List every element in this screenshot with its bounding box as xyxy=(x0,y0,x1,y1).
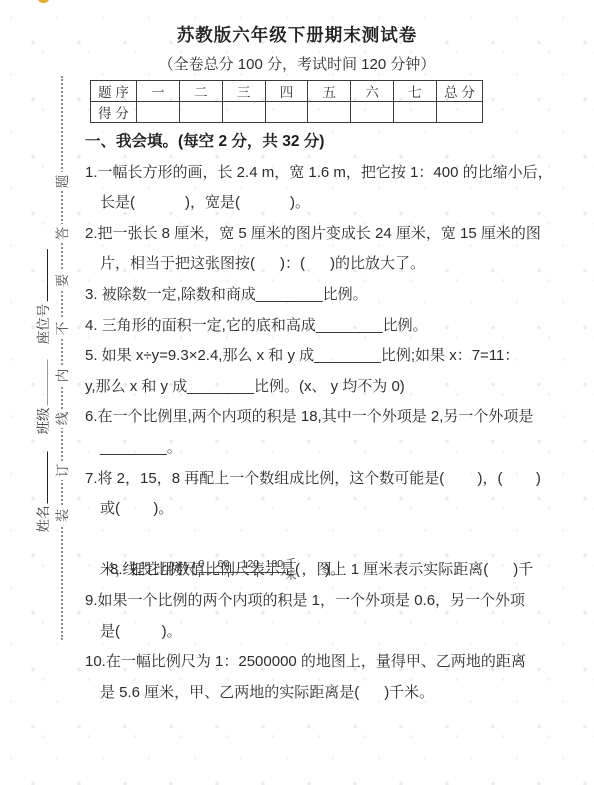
question-1-line-1: 1.一幅长方形的画，长 2.4 m，宽 1.6 m，把它按 1：400 的比缩小… xyxy=(85,158,580,189)
scale-line xyxy=(199,572,286,573)
binding-char-3: 要 xyxy=(53,271,72,290)
sidebar-label-class: 班级 xyxy=(32,360,52,435)
score-cell-empty-2 xyxy=(179,102,222,123)
binding-char-5: 内 xyxy=(53,366,72,385)
score-header-cell-7: 七 xyxy=(394,81,437,102)
score-header-cell-1: 一 xyxy=(137,81,180,102)
seat-number-label: 座位号 xyxy=(36,304,51,345)
question-9-line-2: 是( )。 xyxy=(85,617,580,648)
binding-char-1: 题 xyxy=(53,172,72,191)
score-header-cell-5: 五 xyxy=(308,81,351,102)
question-7-line-1: 7.将 2，15，8 再配上一个数组成比例，这个数可能是( )，( ) xyxy=(85,464,580,495)
question-10-line-2: 是 5.6 厘米，甲、乙两地的实际距离是( )千米。 xyxy=(85,678,580,709)
class-blank-line xyxy=(45,360,48,406)
binding-dotted-line: 题 答 要 不 内 线 订 装 xyxy=(61,76,63,640)
sidebar-label-name: 姓名 xyxy=(32,452,52,533)
score-cell-empty-total xyxy=(437,102,483,123)
question-5-line-2: y,那么 x 和 y 成________比例。(x、 y 均不为 0) xyxy=(85,372,580,403)
question-9-line-1: 9.如果一个比例的两个内项的积是 1，一个外项是 0.6，另一个外项 xyxy=(85,586,580,617)
score-header-cell-3: 三 xyxy=(222,81,265,102)
binding-char-2: 答 xyxy=(53,224,72,243)
score-header-cell-total: 总 分 xyxy=(437,81,483,102)
question-10-line-1: 10.在一幅比例尺为 1：2500000 的地图上，量得甲、乙两地的距离 xyxy=(85,647,580,678)
question-4-line-1: 4. 三角形的面积一定,它的底和高成________比例。 xyxy=(85,311,580,342)
section-heading: 一、我会填。(每空 2 分，共 32 分) xyxy=(85,127,580,158)
paper-subtitle: （全卷总分 100 分，考试时间 120 分钟） xyxy=(0,53,594,74)
score-cell-empty-5 xyxy=(308,102,351,123)
binding-char-6: 线 xyxy=(53,409,72,428)
scale-unit-label: 千米 xyxy=(286,558,302,582)
binding-char-7: 订 xyxy=(53,461,72,480)
paper-title: 苏教版六年级下册期末测试卷 xyxy=(0,22,594,47)
score-cell-empty-4 xyxy=(265,102,308,123)
test-paper-page: 苏教版六年级下册期末测试卷 （全卷总分 100 分，考试时间 120 分钟） 题… xyxy=(0,0,594,785)
yellow-dot-icon xyxy=(37,0,50,3)
score-cell-empty-1 xyxy=(137,102,180,123)
question-5-line-1: 5. 如果 x÷y=9.3×2.4,那么 x 和 y 成________比例;如… xyxy=(85,341,580,372)
score-row-label-cell: 得 分 xyxy=(91,102,137,123)
sidebar-label-seat-number: 座位号 xyxy=(32,250,52,345)
score-header-cell-label: 题 序 xyxy=(91,81,137,102)
score-header-cell-2: 二 xyxy=(179,81,222,102)
scale-tick-mark-2 xyxy=(257,572,258,577)
name-blank-line xyxy=(45,452,48,504)
binding-char-8: 装 xyxy=(53,506,72,525)
score-header-cell-4: 四 xyxy=(265,81,308,102)
score-cell-empty-3 xyxy=(222,102,265,123)
question-6-line-2: ________。 xyxy=(85,433,580,464)
segment-scale-bar: 060120180千米 xyxy=(198,558,302,580)
score-cell-empty-7 xyxy=(394,102,437,123)
name-label: 姓名 xyxy=(36,506,51,533)
question-7-line-2: 或( )。 xyxy=(85,494,580,525)
scale-tick-label-120: 120 xyxy=(242,558,260,570)
class-label: 班级 xyxy=(36,408,51,435)
fill-in-section: 一、我会填。(每空 2 分，共 32 分) 1.一幅长方形的画，长 2.4 m，… xyxy=(85,127,580,708)
question-2-line-1: 2.把一张长 8 厘米，宽 5 厘米的图片变成长 24 厘米，宽 15 厘米的图 xyxy=(85,219,580,250)
score-cell-empty-6 xyxy=(351,102,394,123)
scale-tick-mark-0 xyxy=(199,572,200,577)
score-table-header-row: 题 序 一 二 三 四 五 六 七 总 分 xyxy=(91,81,483,102)
question-8-line-1: 8.线段比例尺060120180千米，图上 1 厘米表示实际距离( )千 xyxy=(85,525,580,556)
question-6-line-1: 6.在一个比例里,两个内项的积是 18,其中一个外项是 2,另一个外项是 xyxy=(85,402,580,433)
question-1-line-2: 长是( )，宽是( )。 xyxy=(85,188,580,219)
score-table: 题 序 一 二 三 四 五 六 七 总 分 得 分 xyxy=(90,80,483,123)
question-2-line-2: 片，相当于把这张图按( )：( )的比放大了。 xyxy=(85,249,580,280)
score-table-score-row: 得 分 xyxy=(91,102,483,123)
scale-tick-label-60: 60 xyxy=(218,558,230,570)
score-header-cell-6: 六 xyxy=(351,81,394,102)
question-3-line-1: 3. 被除数一定,除数和商成________比例。 xyxy=(85,280,580,311)
scale-tick-label-0: 0 xyxy=(199,558,205,570)
binding-char-4: 不 xyxy=(53,319,72,338)
scale-tick-label-180: 180 xyxy=(266,558,284,570)
scale-tick-mark-1 xyxy=(228,572,229,577)
seat-number-blank-line xyxy=(45,250,48,302)
